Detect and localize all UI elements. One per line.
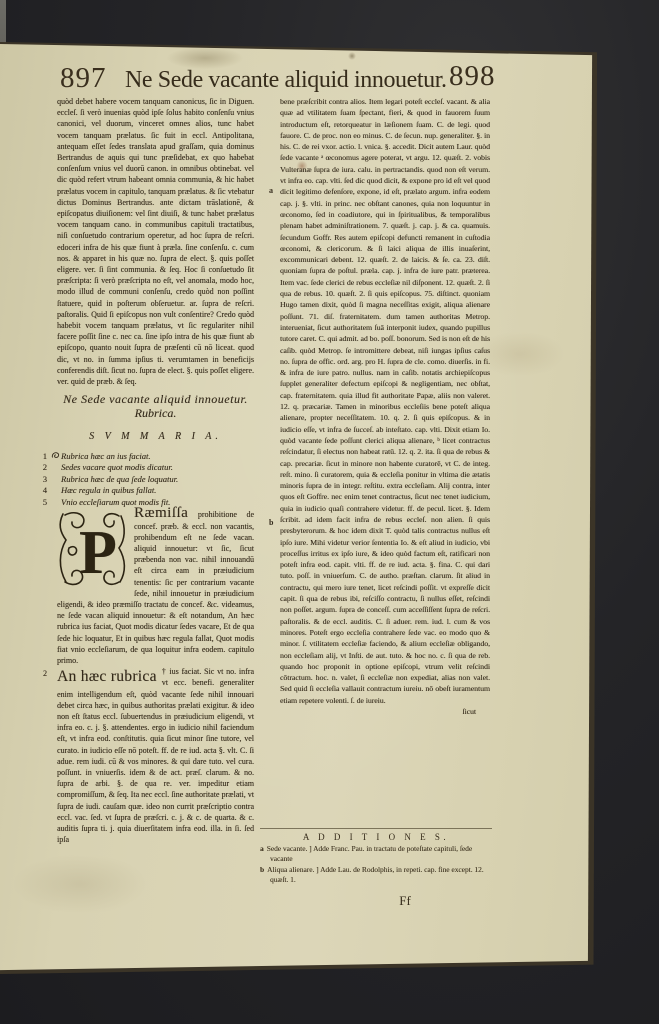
an-haec-text: intelligendum eſt, quòd vacante ſede nih…: [57, 690, 254, 845]
summaria-item: 4Hæc regula in quibus fallat.: [57, 485, 254, 497]
margin-number-2: 2: [43, 668, 47, 679]
signature-mark: Ff: [260, 893, 492, 909]
summaria-list: 1Rubrica hæc an ius faciat. 2Sedes vacar…: [57, 451, 254, 509]
svg-text:P: P: [79, 519, 117, 587]
summaria-item-number: 5: [37, 497, 51, 509]
opening-paragraph: quòd debet habere vocem tanquam canonicu…: [57, 96, 254, 387]
additiones-item: bAliqua alienare. ] Adde Lau. de Rodolph…: [260, 865, 492, 884]
summaria-item: 2Sedes vacare quot modis dicatur.: [57, 462, 254, 474]
photograph-of-book-page: 897 Ne Sede vacante aliquid innouetur. 8…: [0, 0, 659, 1024]
catchword: ſicut: [280, 706, 490, 717]
premissa-paragraph: P Ræmiſſa prohibitione de concef. præb. …: [57, 508, 254, 666]
book-page: 897 Ne Sede vacante aliquid innouetur. 8…: [0, 44, 645, 972]
page-number-left: 897: [60, 62, 107, 95]
summaria-item-number: 3: [37, 474, 51, 486]
additiones-item-text: Sede vacante. ] Adde Franc. Pau. in trac…: [267, 844, 472, 863]
right-text-column: bene præſcribit contra alios. Item legar…: [280, 96, 490, 717]
summaria-item-text: Rubrica hæc de qua ſede loquatur.: [61, 474, 178, 484]
an-haec-lead: An hæc rubrica: [57, 666, 157, 688]
premissa-lead-word: Ræmiſſa: [134, 505, 188, 521]
an-haec-paragraph: 2 An hæc rubrica † ius faciat. Sic vt no…: [57, 666, 254, 845]
rubric-heading: Ne Sede vacante aliquid innouetur. Rubri…: [57, 394, 254, 419]
summaria-item: 1Rubrica hæc an ius faciat.: [57, 451, 254, 463]
summaria-title: S V M M A R I A.: [57, 431, 254, 442]
summaria-item-text: Hæc regula in quibus fallat.: [61, 485, 156, 495]
page-number-right: 898: [449, 60, 496, 93]
rubric-heading-rubrica: Rubrica.: [57, 408, 254, 419]
additiones-block: A D D I T I O N E S. aSede vacante. ] Ad…: [260, 828, 492, 909]
summaria-item-number: 4: [37, 485, 51, 497]
running-title: Ne Sede vacante aliquid innouetur.: [125, 67, 455, 94]
footnote-rule: [260, 828, 492, 829]
summaria-item-text: Rubrica hæc an ius faciat.: [61, 451, 150, 461]
summaria-item-number: 1: [37, 451, 51, 463]
dagger-icon: †: [162, 667, 167, 676]
additiones-item-text: Aliqua alienare. ] Adde Lau. de Rodolphi…: [267, 865, 484, 884]
margin-letter-b: b: [269, 518, 273, 527]
summaria-item-text: Sedes vacare quot modis dicatur.: [61, 462, 173, 472]
left-text-column: quòd debet habere vocem tanquam canonicu…: [57, 96, 254, 845]
additiones-item: aSede vacante. ] Adde Franc. Pau. in tra…: [260, 844, 492, 863]
rubric-heading-title: Ne Sede vacante aliquid innouetur.: [57, 394, 254, 405]
woodcut-initial-P: P: [57, 510, 129, 587]
margin-letter-a: a: [269, 186, 273, 195]
right-column-body: bene præſcribit contra alios. Item legar…: [280, 96, 490, 706]
summaria-item-number: 2: [37, 462, 51, 474]
additiones-item-letter: a: [260, 844, 267, 853]
additiones-title: A D D I T I O N E S.: [260, 832, 492, 842]
fleuron-icon: [51, 451, 61, 463]
summaria-item: 3Rubrica hæc de qua ſede loquatur.: [57, 474, 254, 486]
